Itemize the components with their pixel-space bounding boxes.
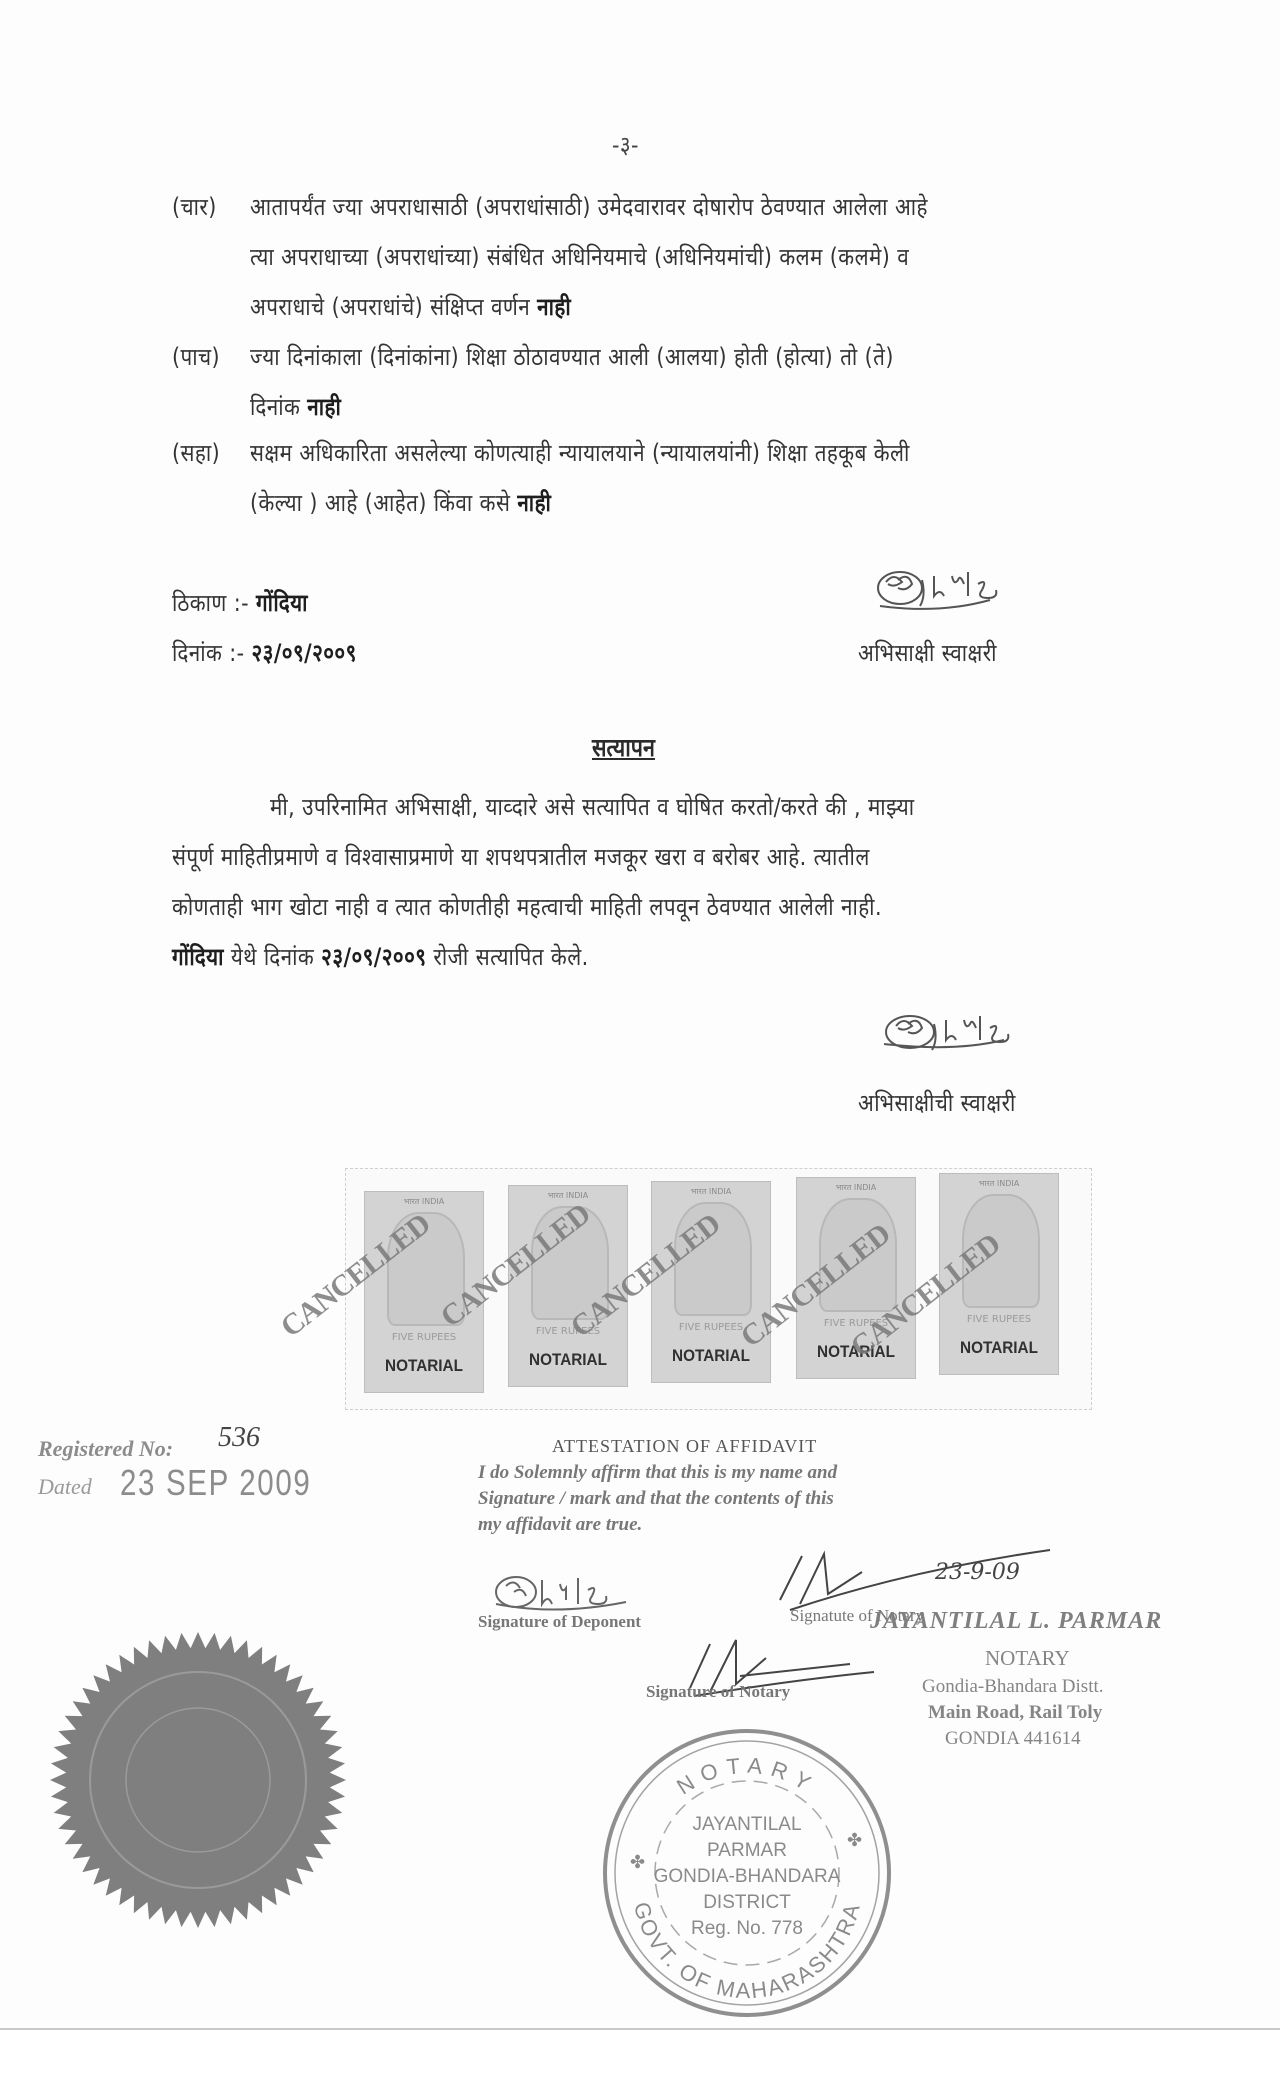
clause-4-text: अपराधाचे (अपराधांचे) संक्षिप्त वर्णन (250, 293, 530, 321)
deponent-signature-label-2: अभिसाक्षीची स्वाक्षरी (858, 1086, 1016, 1119)
registered-number: 536 (218, 1422, 260, 1454)
notary-round-seal: NOTARY GOVT. OF MAHARASHTRA JAYANTILAL P… (592, 1718, 902, 2028)
clause-6-line-2: (केल्या ) आहे (आहेत) किंवा कसे नाही (250, 486, 551, 519)
notary-handwritten-date: 23-9-09 (935, 1560, 1020, 1585)
stamp-label: NOTARIAL (371, 1356, 477, 1376)
notary-signature-caption-2: Signature of Notary (646, 1682, 790, 1702)
svg-text:NOTARY: NOTARY (672, 1752, 822, 1799)
clause-label-5: (पाच) (172, 340, 220, 373)
page-number: -३- (612, 128, 639, 161)
clause-5-answer: नाही (307, 393, 341, 421)
clause-5-text: दिनांक (250, 393, 300, 421)
deponent-signature-caption: Signature of Deponent (478, 1612, 641, 1632)
verification-end: रोजी सत्यापित केले. (433, 943, 588, 971)
notary-district: Gondia-Bhandara Distt. (922, 1676, 1104, 1698)
attestation-line-1: I do Solemnly affirm that this is my nam… (478, 1462, 837, 1484)
verification-line-1: मी, उपरिनामित अभिसाक्षी, याव्दारे असे सत… (270, 790, 915, 823)
notary-title: NOTARY (985, 1646, 1070, 1671)
dated-value: 23 SEP 2009 (120, 1462, 311, 1504)
date-label: दिनांक :- (172, 639, 245, 667)
clause-4-line-3: अपराधाचे (अपराधांचे) संक्षिप्त वर्णन नाह… (250, 290, 571, 323)
stamp-value: FIVE RUPEES (940, 1314, 1058, 1325)
deponent-signature-label: अभिसाक्षी स्वाक्षरी (858, 636, 997, 669)
verification-line-2: संपूर्ण माहितीप्रमाणे व विश्वासाप्रमाणे … (172, 840, 870, 873)
stamp-country: भारत INDIA (365, 1196, 483, 1207)
flower-icon: ✤ (630, 1852, 645, 1873)
registered-label: Registered No: (38, 1436, 173, 1462)
stamp-label: NOTARIAL (515, 1350, 621, 1370)
notarial-stamps: भारत INDIA FIVE RUPEES NOTARIAL भारत IND… (345, 1168, 1092, 1410)
embossed-seal-icon (48, 1630, 348, 1930)
clause-4-line-2: त्या अपराधाच्या (अपराधांच्या) संबंधित अध… (250, 240, 1280, 273)
clause-6-line-1: सक्षम अधिकारिता असलेल्या कोणत्याही न्याय… (250, 436, 910, 469)
stamp-country: भारत INDIA (940, 1178, 1058, 1189)
verification-heading: सत्यापन (592, 730, 655, 764)
clause-label-4: (चार) (172, 190, 217, 223)
date-row: दिनांक :- २३/०९/२००९ (172, 636, 357, 669)
seal-top-arc: NOTARY (672, 1752, 822, 1799)
stamp-label: NOTARIAL (946, 1338, 1052, 1358)
stamp-country: भारत INDIA (652, 1186, 770, 1197)
stamp-country: भारत INDIA (797, 1182, 915, 1193)
verification-line-4: गोंदिया येथे दिनांक २३/०९/२००९ रोजी सत्य… (172, 940, 589, 973)
attestation-line-2: Signature / mark and that the contents o… (478, 1488, 834, 1510)
notary-address: Main Road, Rail Toly (928, 1702, 1102, 1724)
notary-name: JAYANTILAL L. PARMAR (870, 1608, 1162, 1635)
verification-date: २३/०९/२००९ (321, 943, 426, 971)
clause-label-6: (सहा) (172, 436, 220, 469)
date-value: २३/०९/२००९ (252, 639, 357, 667)
place-row: ठिकाण :- गोंदिया (172, 586, 308, 619)
clause-6-answer: नाही (517, 489, 551, 517)
stamp-country: भारत INDIA (509, 1190, 627, 1201)
seal-line-3: GONDIA-BHANDARA (654, 1866, 841, 1887)
verification-text: येथे दिनांक (231, 943, 314, 971)
stamp-label: NOTARIAL (658, 1346, 764, 1366)
verification-place: गोंदिया (172, 943, 224, 971)
stamp-value: FIVE RUPEES (509, 1326, 627, 1337)
seal-line-1: JAYANTILAL (692, 1814, 801, 1835)
clause-4-line-1: आतापर्यंत ज्या अपराधासाठी (अपराधांसाठी) … (250, 190, 1280, 223)
stamp-value: FIVE RUPEES (365, 1332, 483, 1343)
attestation-line-3: my affidavit are true. (478, 1514, 642, 1536)
place-value: गोंदिया (256, 589, 308, 617)
affidavit-page: -३- (चार) आतापर्यंत ज्या अपराधासाठी (अपर… (0, 0, 1280, 2030)
deponent-signature-1 (872, 562, 1052, 622)
notary-city: GONDIA 441614 (945, 1728, 1081, 1750)
deponent-signature-2 (880, 1006, 1060, 1066)
clause-5-line-2: दिनांक नाही (250, 390, 341, 423)
seal-line-4: DISTRICT (703, 1892, 791, 1913)
clause-6-text: (केल्या ) आहे (आहेत) किंवा कसे (250, 489, 510, 517)
flower-icon: ✤ (847, 1830, 862, 1851)
clause-5-line-1: ज्या दिनांकाला (दिनांकांना) शिक्षा ठोठाव… (250, 340, 894, 373)
attestation-title: ATTESTATION OF AFFIDAVIT (552, 1436, 817, 1457)
verification-line-3: कोणताही भाग खोटा नाही व त्यात कोणतीही मह… (172, 890, 882, 923)
seal-line-5: Reg. No. 778 (691, 1918, 803, 1939)
dated-label: Dated (38, 1474, 92, 1500)
clause-4-answer: नाही (537, 293, 571, 321)
seal-line-2: PARMAR (707, 1840, 787, 1861)
place-label: ठिकाण :- (172, 589, 249, 617)
